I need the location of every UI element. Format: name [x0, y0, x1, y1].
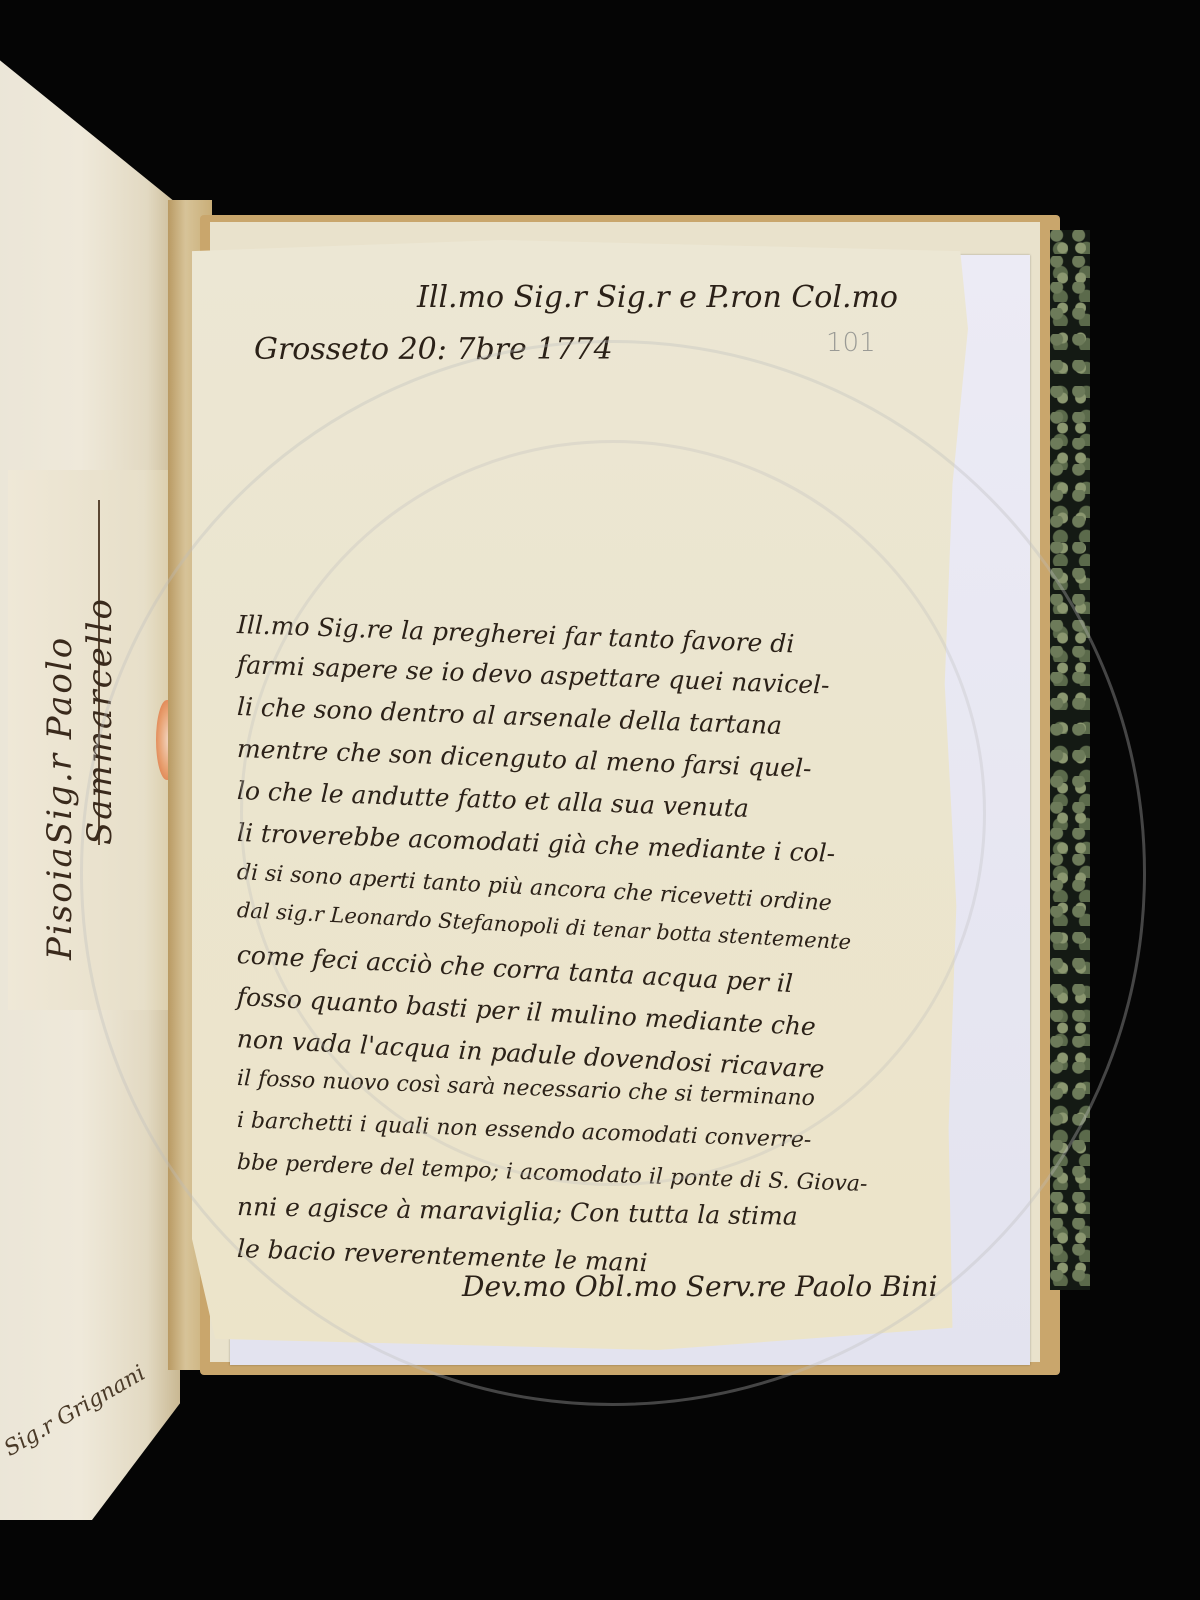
body-line: farmi sapere se io devo aspettare quei n…: [236, 650, 830, 700]
closing-signature: Dev.mo Obl.mo Serv.re Paolo Bini: [462, 1270, 938, 1303]
manuscript-photo: Pisoia Sig.r Paolo Sammarcello Sig.r Gri…: [0, 0, 1200, 1600]
letter-page: Ill.mo Sig.r Sig.r e P.ron Col.mo Grosse…: [192, 240, 968, 1350]
date-line: Grosseto 20: 7bre 1774: [254, 332, 613, 367]
body-line: mentre che son dicenguto al meno farsi q…: [236, 734, 812, 783]
body-line: lo che le andutte fatto et alla sua venu…: [236, 776, 749, 823]
marbled-cover-edge: [1050, 230, 1090, 1290]
address-prefix: Pisoia: [40, 845, 100, 960]
body-line: Ill.mo Sig.re la pregherei far tanto fav…: [236, 610, 794, 658]
body-line: nni e agisce à maraviglia; Con tutta la …: [237, 1192, 798, 1231]
body-line: i barchetti i quali non essendo acomodat…: [237, 1108, 812, 1153]
address-name: Sig.r Paolo Sammarcello: [40, 500, 100, 845]
header-salutation: Ill.mo Sig.r Sig.r e P.ron Col.mo: [417, 280, 898, 315]
body-line: li troverebbe acomodati già che mediante…: [236, 818, 835, 868]
body-line: li che sono dentro al arsenale della tar…: [236, 692, 782, 740]
envelope-address: Pisoia Sig.r Paolo Sammarcello: [40, 500, 100, 960]
archive-folio-number: 101: [826, 328, 876, 358]
body-line: bbe perdere del tempo; i acomodato il po…: [237, 1150, 868, 1197]
